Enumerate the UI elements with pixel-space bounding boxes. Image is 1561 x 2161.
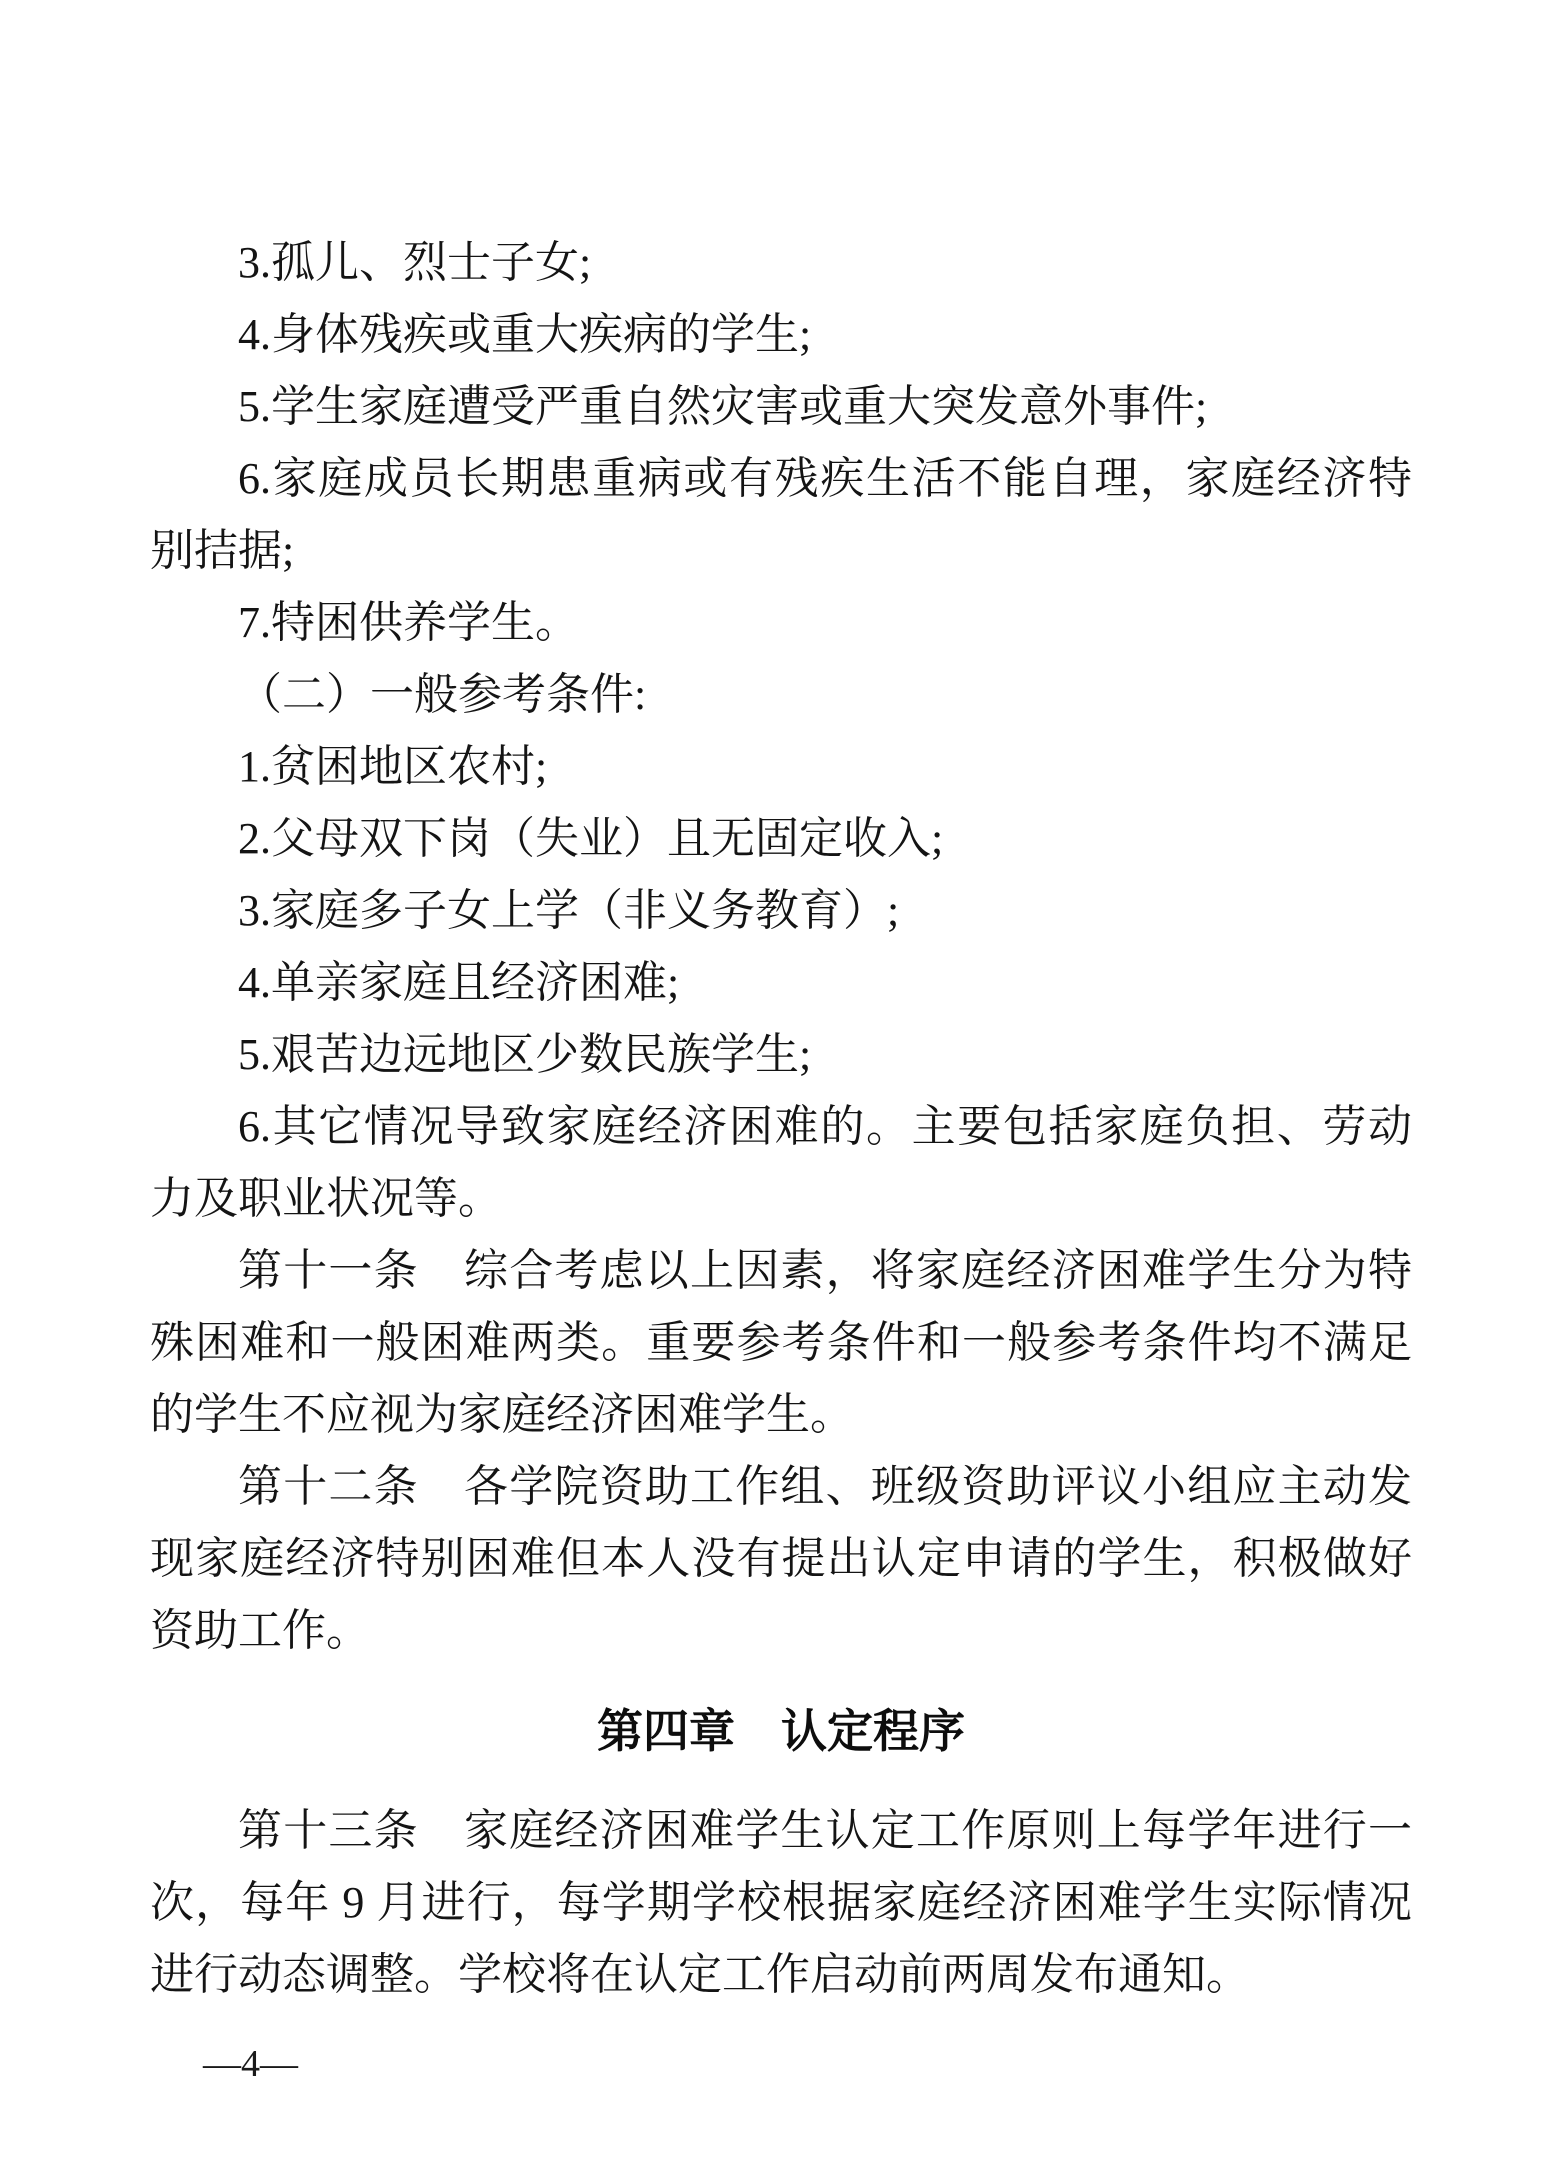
paragraph: 6.其它情况导致家庭经济困难的。主要包括家庭负担、劳动力及职业状况等。 bbox=[150, 1091, 1412, 1235]
paragraph: 第十二条 各学院资助工作组、班级资助评议小组应主动发现家庭经济特别困难但本人没有… bbox=[150, 1451, 1412, 1667]
document-body: 3.孤儿、烈士子女;4.身体残疾或重大疾病的学生;5.学生家庭遭受严重自然灾害或… bbox=[150, 227, 1412, 2011]
paragraph: （二）一般参考条件: bbox=[150, 659, 1412, 731]
paragraph: 5.艰苦边远地区少数民族学生; bbox=[150, 1019, 1412, 1091]
page-number: —4— bbox=[203, 2040, 298, 2088]
paragraph: 2.父母双下岗（失业）且无固定收入; bbox=[150, 803, 1412, 875]
paragraph: 4.单亲家庭且经济困难; bbox=[150, 947, 1412, 1019]
paragraph: 4.身体残疾或重大疾病的学生; bbox=[150, 299, 1412, 371]
chapter-heading: 第四章 认定程序 bbox=[150, 1695, 1412, 1767]
paragraph: 7.特困供养学生。 bbox=[150, 587, 1412, 659]
document-page: 3.孤儿、烈士子女;4.身体残疾或重大疾病的学生;5.学生家庭遭受严重自然灾害或… bbox=[0, 0, 1561, 2161]
paragraph: 6.家庭成员长期患重病或有残疾生活不能自理，家庭经济特别拮据; bbox=[150, 443, 1412, 587]
paragraph: 3.孤儿、烈士子女; bbox=[150, 227, 1412, 299]
paragraph: 第十三条 家庭经济困难学生认定工作原则上每学年进行一次，每年 9 月进行，每学期… bbox=[150, 1795, 1412, 2011]
paragraph: 第十一条 综合考虑以上因素，将家庭经济困难学生分为特殊困难和一般困难两类。重要参… bbox=[150, 1235, 1412, 1451]
paragraph: 1.贫困地区农村; bbox=[150, 731, 1412, 803]
paragraph: 5.学生家庭遭受严重自然灾害或重大突发意外事件; bbox=[150, 371, 1412, 443]
paragraph: 3.家庭多子女上学（非义务教育）; bbox=[150, 875, 1412, 947]
